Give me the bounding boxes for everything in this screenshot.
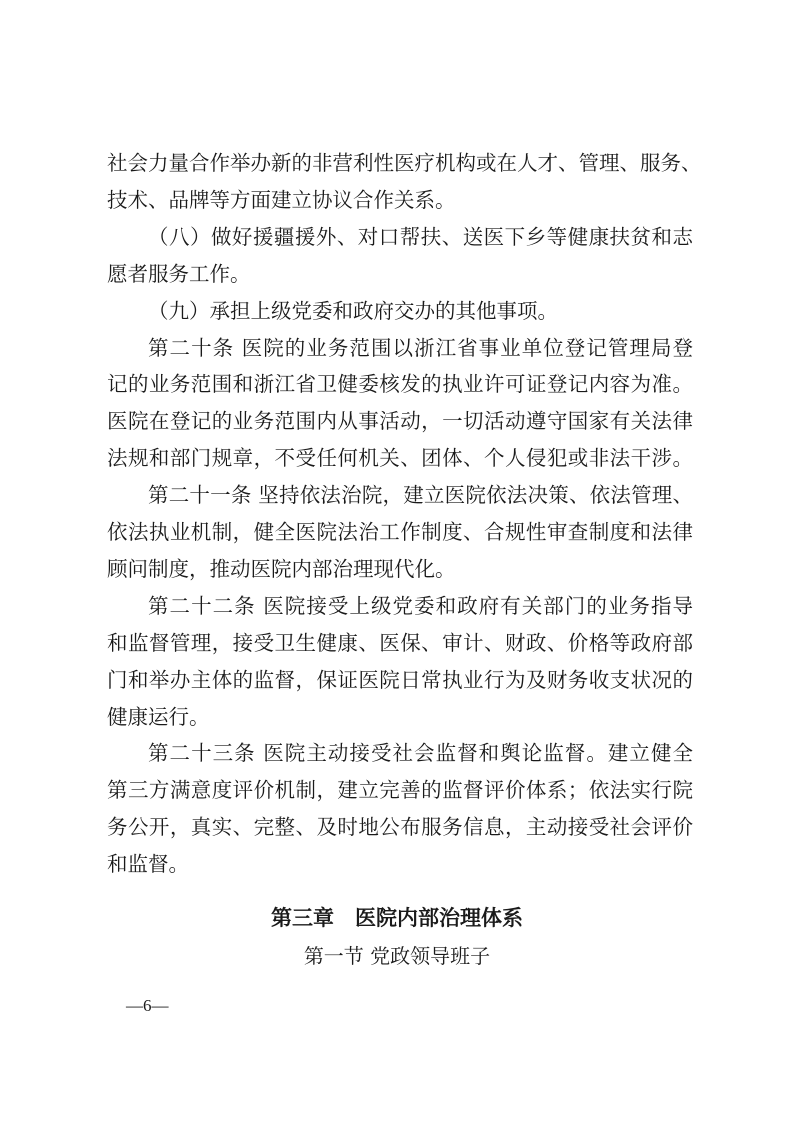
text-line: 门和举办主体的监督，保证医院日常执业行为及财务收支状况的 — [107, 667, 693, 693]
text-line: 和监督管理，接受卫生健康、医保、审计、财政、价格等政府部 — [107, 630, 693, 656]
text-line: （九）承担上级党委和政府交办的其他事项。 — [148, 298, 693, 324]
text-line: 社会力量合作举办新的非营利性医疗机构或在人才、管理、服务、 — [107, 150, 693, 176]
text-line: 第二十二条 医院接受上级党委和政府有关部门的业务指导 — [148, 593, 693, 619]
text-line: 务公开，真实、完整、及时地公布服务信息，主动接受社会评价 — [107, 814, 693, 840]
text-line: 医院在登记的业务范围内从事活动，一切活动遵守国家有关法律 — [107, 408, 693, 434]
text-line: 记的业务范围和浙江省卫健委核发的执业许可证登记内容为准。 — [107, 371, 693, 397]
text-line: 第三方满意度评价机制，建立完善的监督评价体系；依法实行院 — [107, 777, 693, 803]
text-line: 和监督。 — [107, 851, 693, 877]
text-line: 法规和部门规章，不受任何机关、团体、个人侵犯或非法干涉。 — [107, 445, 693, 471]
text-line: 技术、品牌等方面建立协议合作关系。 — [107, 187, 693, 213]
text-line: 第二十一条 坚持依法治院，建立医院依法决策、依法管理、 — [148, 482, 693, 508]
text-line: 顾问制度，推动医院内部治理现代化。 — [107, 556, 693, 582]
text-line: 健康运行。 — [107, 704, 693, 730]
text-line: 第二十三条 医院主动接受社会监督和舆论监督。建立健全 — [148, 740, 693, 766]
page-number: —6— — [126, 996, 169, 1016]
text-line: 依法执业机制，健全医院法治工作制度、合规性审查制度和法律 — [107, 519, 693, 545]
section-heading: 第一节 党政领导班子 — [0, 940, 794, 969]
chapter-heading: 第三章 医院内部治理体系 — [0, 902, 794, 932]
text-line: （八）做好援疆援外、对口帮扶、送医下乡等健康扶贫和志 — [148, 224, 693, 250]
text-line: 愿者服务工作。 — [107, 261, 693, 287]
text-line: 第二十条 医院的业务范围以浙江省事业单位登记管理局登 — [148, 335, 693, 361]
